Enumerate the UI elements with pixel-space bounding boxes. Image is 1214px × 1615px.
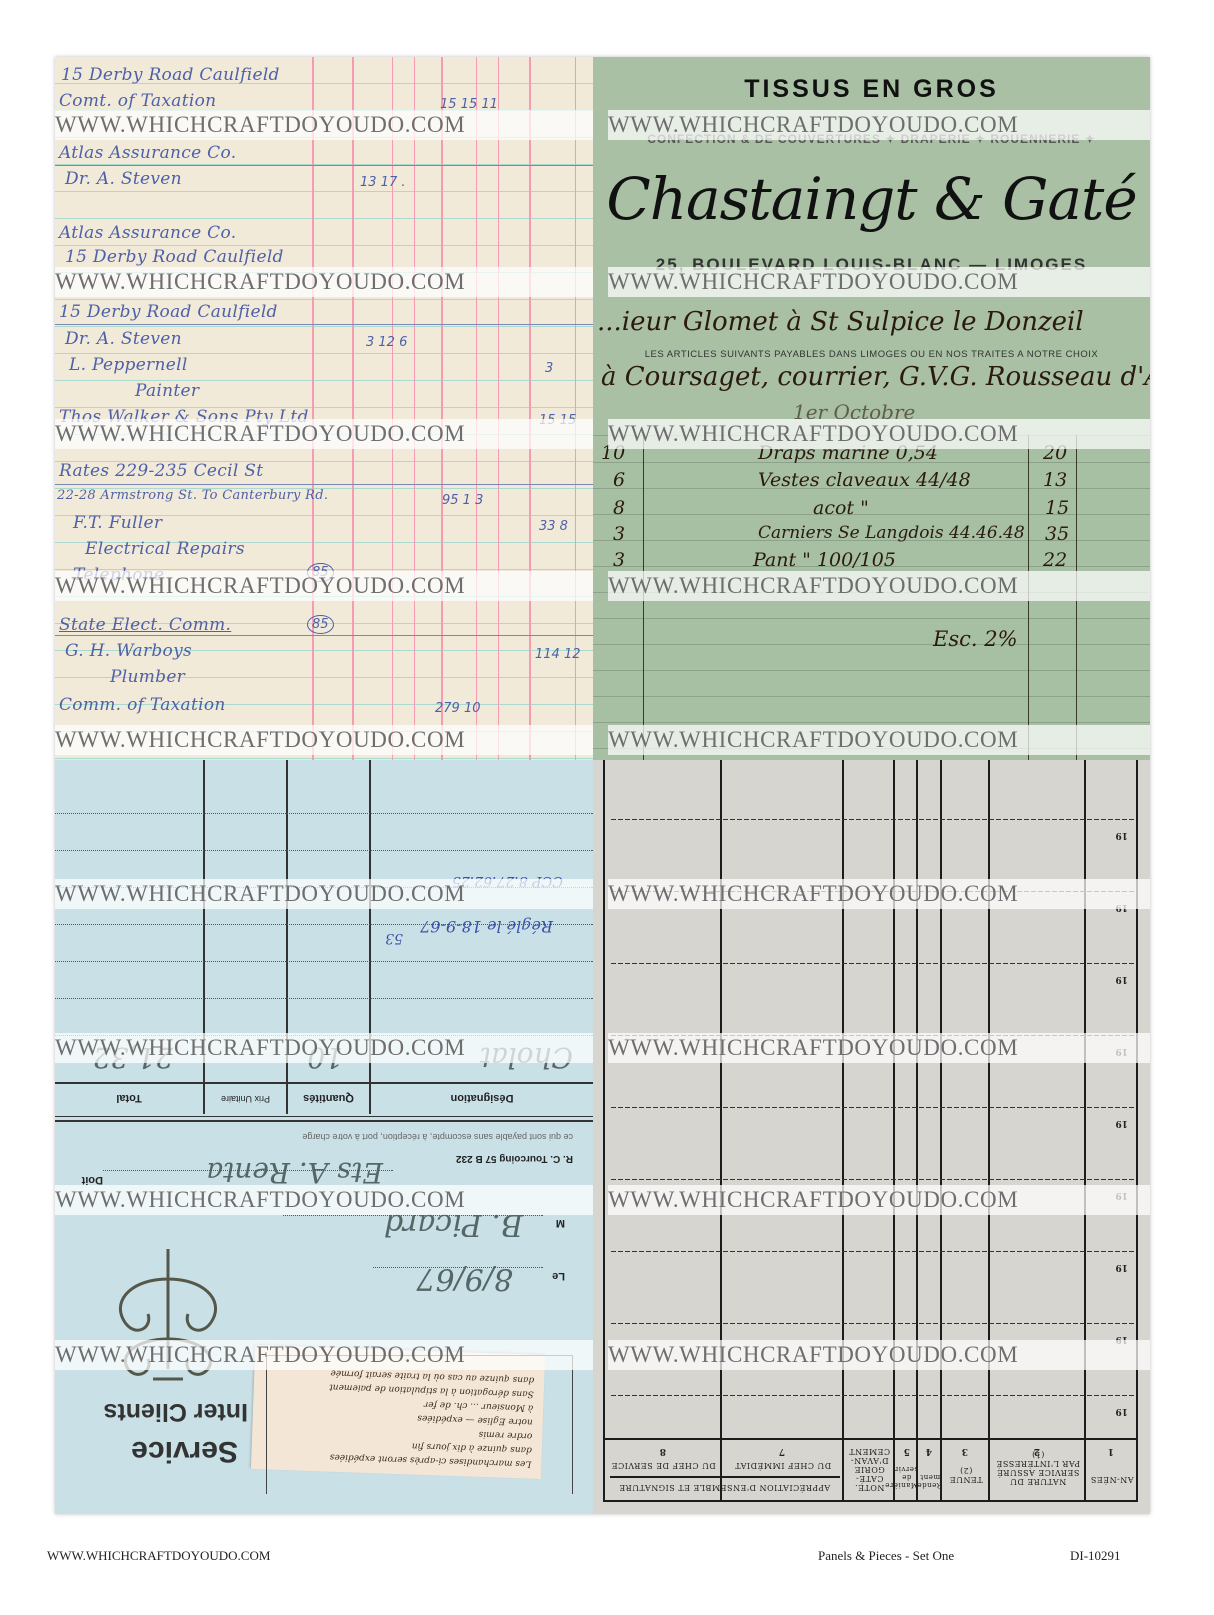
form-col-5: Manière de servir bbox=[895, 1465, 918, 1489]
form-col-6: NOTE. CATÉ-GORIE D'AVAN-CEMENT bbox=[844, 1447, 895, 1492]
ledger-line: Dr. A. Steven bbox=[65, 169, 182, 189]
invoice-via: à Coursaget, courrier, G.V.G. Rousseau d… bbox=[601, 362, 1150, 392]
ledger-amount: 33 8 bbox=[539, 519, 568, 534]
invoice-amount: 13 bbox=[1043, 469, 1067, 491]
circled-number: 85 bbox=[307, 615, 334, 634]
invoice-qty: 8 bbox=[613, 497, 625, 519]
form-row-marker: 19 bbox=[1115, 974, 1128, 984]
watermark-band: WWW.WHICHCRAFTDOYOUDO.COM bbox=[608, 267, 1150, 297]
ledger-line: Plumber bbox=[110, 667, 185, 687]
invoice-panel: TISSUS EN GROS CONFECTION & DE COUVERTUR… bbox=[593, 57, 1150, 760]
footer-collection: Panels & Pieces - Set One bbox=[818, 1548, 954, 1564]
watermark-band: WWW.WHICHCRAFTDOYOUDO.COM bbox=[55, 110, 593, 140]
watermark-band: WWW.WHICHCRAFTDOYOUDO.COM bbox=[608, 110, 1150, 140]
ledger-line: Comm. of Taxation bbox=[59, 695, 226, 715]
ledger-amount: 13 17 . bbox=[360, 175, 405, 190]
ledger-line: Atlas Assurance Co. bbox=[59, 223, 236, 243]
watermark-band: WWW.WHICHCRAFTDOYOUDO.COM bbox=[608, 1033, 1150, 1063]
receipt-date: 8/9/67 bbox=[416, 1261, 513, 1296]
ledger-line: Painter bbox=[135, 381, 199, 401]
column-total: Total bbox=[55, 1092, 203, 1104]
invoice-discount: Esc. 2% bbox=[933, 627, 1018, 651]
invoice-amount: 22 bbox=[1043, 549, 1067, 571]
invoice-terms: LES ARTICLES SUIVANTS PAYABLES DANS LIMO… bbox=[593, 349, 1150, 360]
watermark-band: WWW.WHICHCRAFTDOYOUDO.COM bbox=[55, 419, 593, 449]
watermark-band: WWW.WHICHCRAFTDOYOUDO.COM bbox=[55, 1340, 593, 1370]
watermark-band: WWW.WHICHCRAFTDOYOUDO.COM bbox=[55, 571, 593, 601]
invoice-qty: 6 bbox=[613, 469, 625, 491]
invoice-company: Chastaingt & Gaté bbox=[593, 165, 1150, 233]
ledger-amount: 279 10 bbox=[435, 701, 481, 716]
watermark-band: WWW.WHICHCRAFTDOYOUDO.COM bbox=[608, 725, 1150, 755]
invoice-desc: acot " bbox=[813, 497, 869, 519]
invoice-desc: Vestes claveaux 44/48 bbox=[758, 469, 971, 491]
ledger-panel: 15 Derby Road Caulfield Comt. of Taxatio… bbox=[55, 57, 593, 760]
ledger-line: 15 Derby Road Caulfield bbox=[61, 65, 280, 85]
invoice-recipient: ...ieur Glomet à St Sulpice le Donzeil bbox=[597, 307, 1084, 337]
ledger-line: State Elect. Comm. bbox=[59, 615, 231, 635]
ledger-line: L. Peppernell bbox=[69, 355, 188, 375]
footer-code: DI-10291 bbox=[1070, 1548, 1121, 1564]
form-row-marker: 19 bbox=[1115, 830, 1128, 840]
receipt-le-label: Le bbox=[552, 1270, 565, 1282]
watermark-band: WWW.WHICHCRAFTDOYOUDO.COM bbox=[55, 725, 593, 755]
ledger-line: Electrical Repairs bbox=[85, 539, 245, 559]
watermark-band: WWW.WHICHCRAFTDOYOUDO.COM bbox=[608, 879, 1150, 909]
receipt-inter-clients: Inter Clients bbox=[104, 1397, 248, 1426]
ledger-amount: 3 bbox=[545, 361, 553, 376]
invoice-header: TISSUS EN GROS bbox=[593, 75, 1150, 104]
ledger-line: Comt. of Taxation bbox=[59, 91, 216, 111]
ledger-amount: 95 1 3 bbox=[442, 493, 483, 508]
ledger-line: G. H. Warboys bbox=[65, 641, 192, 661]
form-col-7: DU CHEF IMMÉDIAT bbox=[722, 1461, 844, 1470]
invoice-amount: 15 bbox=[1045, 497, 1069, 519]
form-row-marker: 19 bbox=[1115, 1118, 1128, 1128]
form-row-marker: 19 bbox=[1115, 1262, 1128, 1272]
receipt-footer-line: ce qui sont payable sans escompte, à réc… bbox=[302, 1132, 573, 1142]
watermark-band: WWW.WHICHCRAFTDOYOUDO.COM bbox=[55, 267, 593, 297]
ledger-line: 15 Derby Road Caulfield bbox=[59, 302, 278, 322]
ledger-line: Atlas Assurance Co. bbox=[59, 143, 236, 163]
ledger-line: F.T. Fuller bbox=[73, 513, 162, 533]
receipt-panel: Service Inter Clients Les marchandises c… bbox=[55, 760, 593, 1514]
watermark-band: WWW.WHICHCRAFTDOYOUDO.COM bbox=[55, 1185, 593, 1215]
invoice-desc: Pant " 100/105 bbox=[753, 549, 896, 571]
panel-sheet: 15 Derby Road Caulfield Comt. of Taxatio… bbox=[55, 57, 1150, 1514]
form-col-4: Rende-ment bbox=[918, 1473, 942, 1489]
form-panel: AN-NÉES 1 NATURE DU SERVICE ASSURÉ PAR L… bbox=[593, 760, 1150, 1514]
column-designation: Désignation bbox=[371, 1092, 593, 1104]
ledger-line: 15 Derby Road Caulfield bbox=[65, 247, 284, 267]
watermark-band: WWW.WHICHCRAFTDOYOUDO.COM bbox=[55, 1033, 593, 1063]
watermark-band: WWW.WHICHCRAFTDOYOUDO.COM bbox=[608, 1340, 1150, 1370]
ledger-line: Rates 229-235 Cecil St bbox=[59, 461, 263, 481]
ledger-amount: 114 12 bbox=[535, 647, 581, 662]
invoice-qty: 3 bbox=[613, 523, 625, 545]
footer-site: WWW.WHICHCRAFTDOYOUDO.COM bbox=[47, 1548, 270, 1564]
form-col-1: AN-NÉES bbox=[1086, 1475, 1138, 1484]
ledger-line: 22-28 Armstrong St. To Canterbury Rd. bbox=[57, 488, 328, 503]
watermark-band: WWW.WHICHCRAFTDOYOUDO.COM bbox=[55, 879, 593, 909]
receipt-service: Service bbox=[131, 1434, 238, 1468]
receipt-rc: R. C. Tourcoing 57 B 232 bbox=[456, 1153, 573, 1164]
invoice-desc: Carniers Se Langdois 44.46.48 bbox=[758, 523, 1025, 543]
receipt-number: 53 bbox=[385, 930, 403, 946]
ledger-line: Dr. A. Steven bbox=[65, 329, 182, 349]
column-prix-unitaire: Prix Unitaire bbox=[205, 1094, 286, 1104]
column-quantites: Quantités bbox=[288, 1092, 369, 1104]
form-col-8: DU CHEF DE SERVICE bbox=[605, 1461, 722, 1470]
form-row-marker: 19 bbox=[1115, 1406, 1128, 1416]
receipt-paid-note: Réglé le 18-9-67 bbox=[420, 917, 553, 936]
receipt-m-label: M bbox=[556, 1217, 565, 1229]
watermark-band: WWW.WHICHCRAFTDOYOUDO.COM bbox=[608, 571, 1150, 601]
form-group-label: APPRÉCIATION D'ENSEMBLE ET SIGNATURE bbox=[605, 1483, 844, 1492]
invoice-qty: 3 bbox=[613, 549, 625, 571]
form-col-3: TENUE (2) bbox=[942, 1466, 990, 1484]
watermark-band: WWW.WHICHCRAFTDOYOUDO.COM bbox=[608, 1185, 1150, 1215]
watermark-band: WWW.WHICHCRAFTDOYOUDO.COM bbox=[608, 419, 1150, 449]
invoice-amount: 35 bbox=[1045, 523, 1069, 545]
ledger-amount: 3 12 6 bbox=[366, 335, 407, 350]
